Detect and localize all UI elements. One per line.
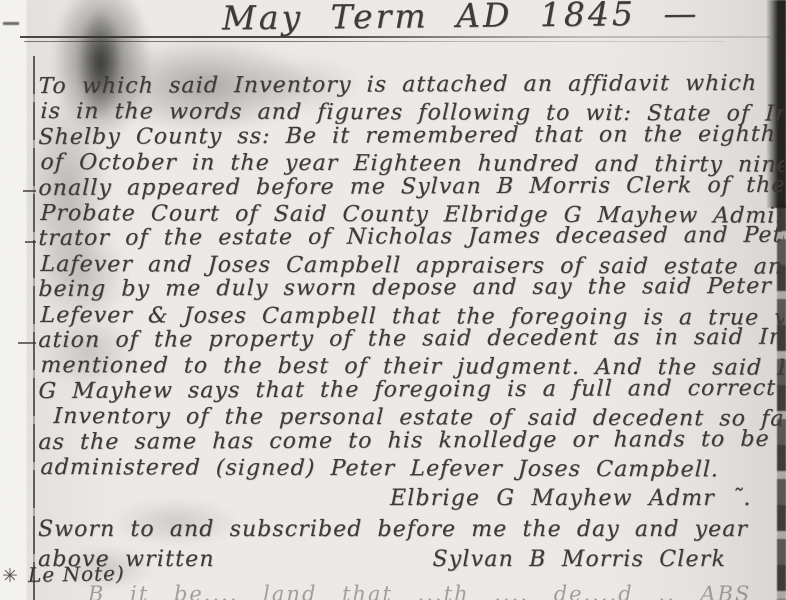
affidavit-text-block: To which said Inventory is attached an a… — [38, 74, 784, 600]
sworn-statement-line: Sworn to and subscribed before me the da… — [38, 516, 784, 543]
header-rule-line — [20, 36, 770, 38]
handwritten-line: To which said Inventory is attached an a… — [38, 74, 784, 99]
handwritten-line: G Mayhew says that the foregoing is a fu… — [38, 376, 784, 405]
handwritten-line: ation of the property of the said decede… — [38, 325, 784, 354]
faint-cutoff-line: B it be.... land that ...th .... de....d… — [88, 582, 778, 600]
margin-rule-line — [33, 56, 35, 600]
attestation-row: above written Sylvan B Morris Clerk — [38, 546, 784, 574]
page-left-margin-strip — [0, 0, 26, 600]
handwritten-line: trator of the estate of Nicholas James d… — [38, 223, 784, 252]
stray-mark — [3, 22, 19, 25]
margin-continuation-dash — [18, 342, 36, 344]
clerk-signature: Sylvan B Morris Clerk — [433, 546, 784, 574]
handwritten-line: onally appeared before me Sylvan B Morri… — [38, 172, 784, 201]
handwritten-line: being by me duly sworn depose and say th… — [38, 274, 784, 303]
administrator-signature: Elbrige G Mayhew Admr ˜. — [38, 486, 784, 512]
handwritten-line: as the same has come to his knolledge or… — [38, 426, 784, 455]
margin-continuation-dash — [25, 241, 36, 243]
header-rule-line — [24, 41, 724, 42]
scanned-document-page: May Term AD 1845 — To which said Invento… — [0, 0, 786, 600]
handwritten-line: administered (signed) Peter Lefever Jose… — [40, 455, 784, 483]
margin-continuation-dash — [23, 190, 36, 192]
handwritten-line: Shelby County ss: Be it remembered that … — [38, 122, 784, 151]
asterisk-star-icon: ✳ — [2, 565, 24, 587]
term-header: May Term AD 1845 — — [222, 0, 700, 37]
